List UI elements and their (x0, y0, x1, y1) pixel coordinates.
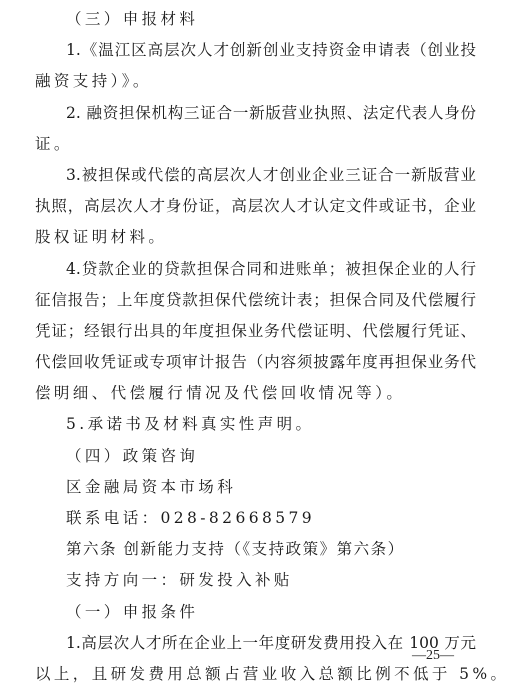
contact-phone: 联系电话：028-82668579 (35, 503, 476, 534)
paragraph-line: 证。 (35, 129, 476, 160)
paragraph-line: 1.高层次人才所在企业上一年度研发费用投入在 100 万元 (35, 628, 476, 659)
section-heading-policy-consultation: （四）政策咨询 (35, 441, 476, 472)
paragraph-line: 融资支持）》。 (35, 66, 476, 97)
support-direction-heading: 支持方向一：研发投入补贴 (35, 565, 476, 596)
paragraph-line: 5.承诺书及材料真实性声明。 (35, 409, 476, 440)
paragraph-line: 1.《温江区高层次人才创新创业支持资金申请表（创业投 (35, 35, 476, 66)
paragraph-line: 以上，且研发费用总额占营业收入总额比例不低于 5%。 (35, 659, 476, 686)
document-page: （三）申报材料 1.《温江区高层次人才创新创业支持资金申请表（创业投 融资支持）… (35, 4, 476, 686)
paragraph-line: 2. 融资担保机构三证合一新版营业执照、法定代表人身份 (35, 98, 476, 129)
contact-department: 区金融局资本市场科 (35, 472, 476, 503)
article-heading: 第六条 创新能力支持（《支持政策》第六条） (35, 534, 476, 565)
section-heading-application-materials: （三）申报材料 (35, 4, 476, 35)
section-heading-application-conditions: （一）申报条件 (35, 597, 476, 628)
paragraph-line: 3.被担保或代偿的高层次人才创业企业三证合一新版营业 (35, 160, 476, 191)
paragraph-line: 征信报告；上年度贷款担保代偿统计表；担保合同及代偿履行 (35, 285, 476, 316)
paragraph-line: 偿明细、代偿履行情况及代偿回收情况等）。 (35, 378, 476, 409)
paragraph-line: 4.贷款企业的贷款担保合同和进账单；被担保企业的人行 (35, 254, 476, 285)
paragraph-line: 执照，高层次人才身份证，高层次人才认定文件或证书，企业 (35, 191, 476, 222)
paragraph-line: 凭证；经银行出具的年度担保业务代偿证明、代偿履行凭证、 (35, 316, 476, 347)
page-number: —25— (412, 648, 454, 664)
paragraph-line: 股权证明材料。 (35, 222, 476, 253)
paragraph-line: 代偿回收凭证或专项审计报告（内容须披露年度再担保业务代 (35, 347, 476, 378)
